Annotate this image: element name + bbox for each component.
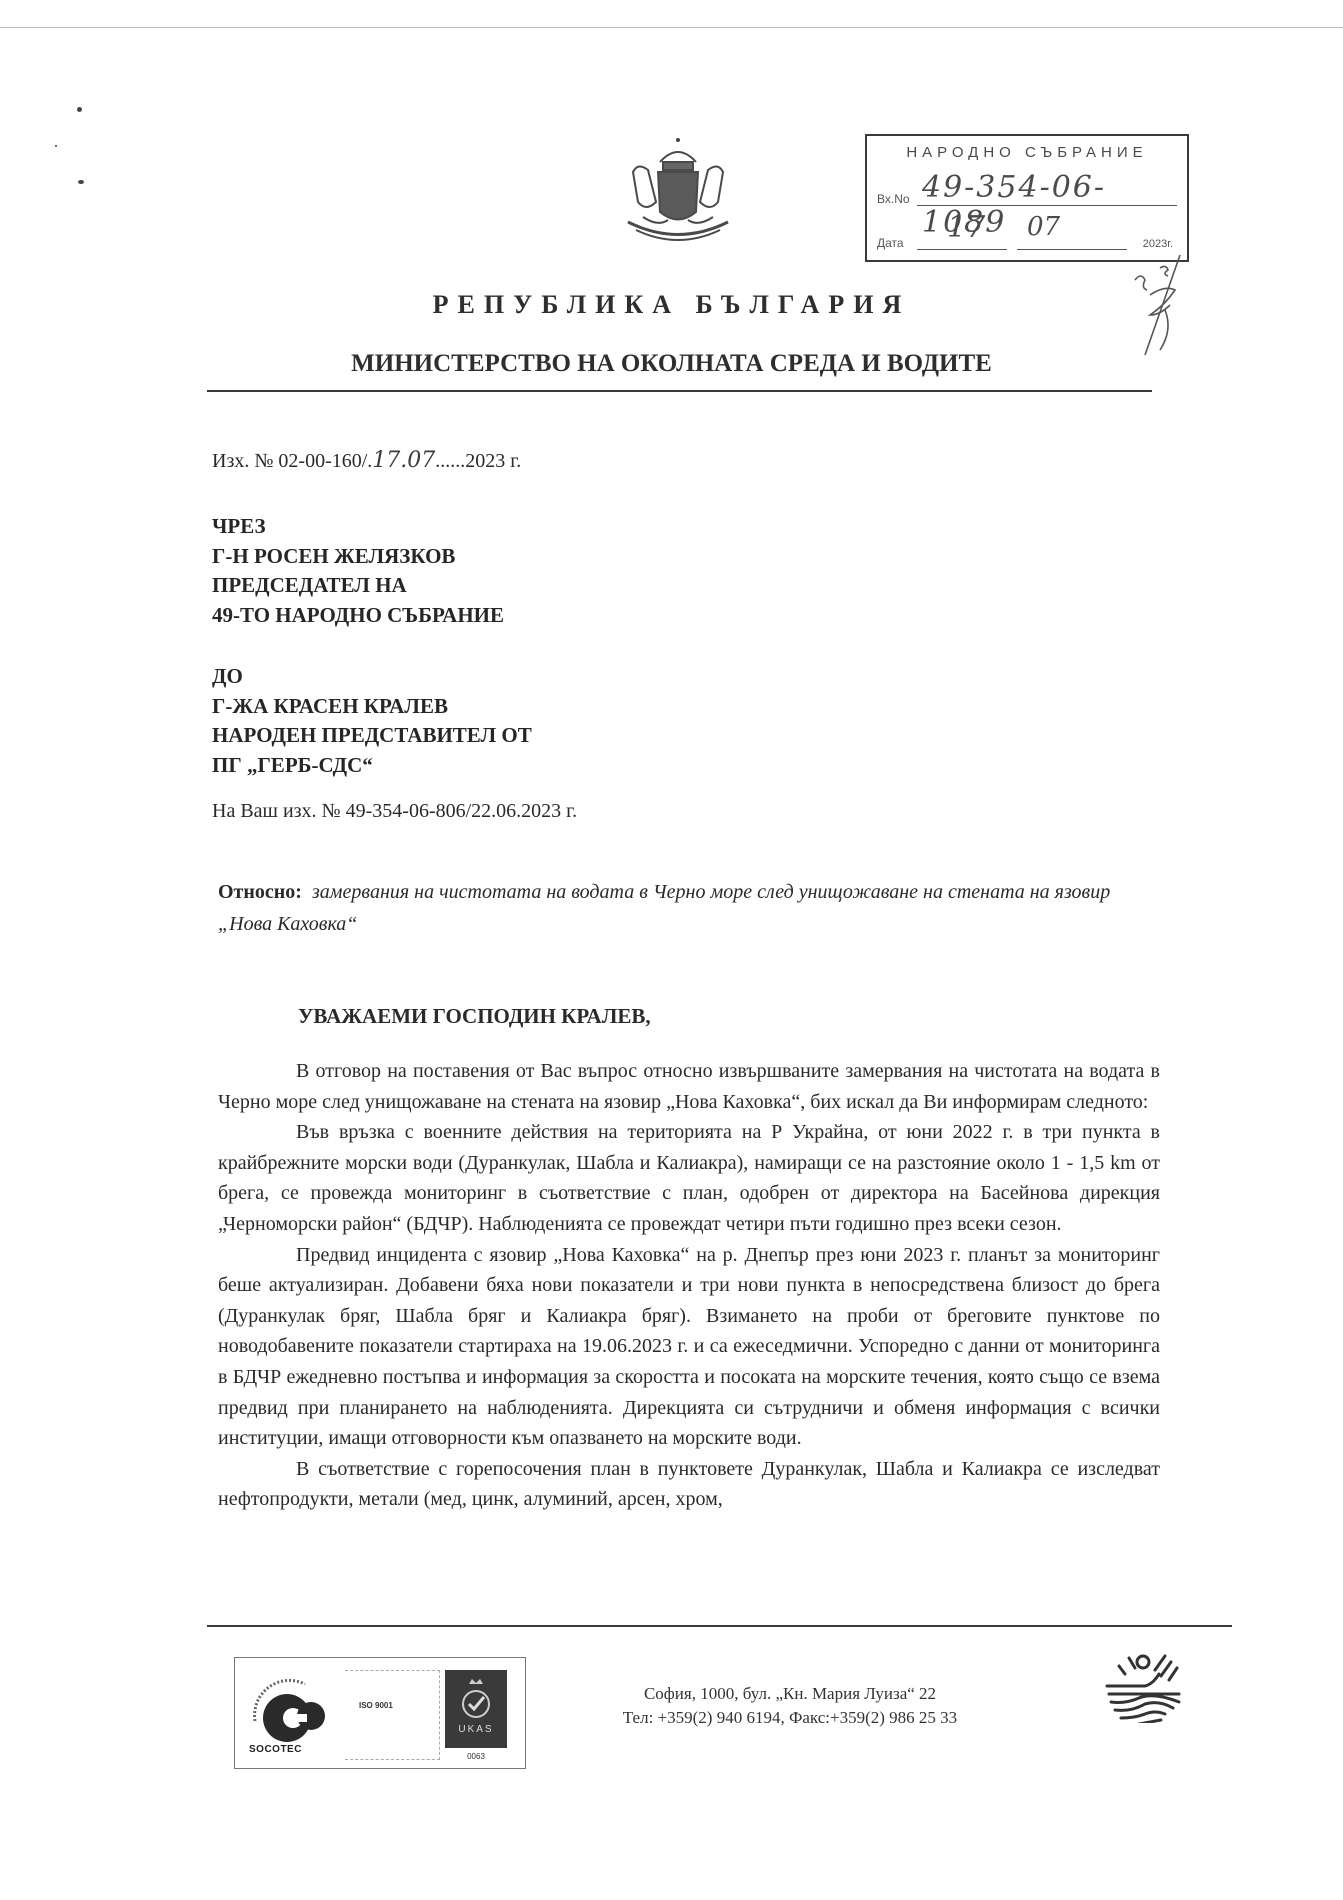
header-divider	[207, 390, 1152, 392]
certification-logos: SOCOTEC ISO 9001 UKAS 0063	[234, 1657, 526, 1769]
to-addressee-block: ДО Г-ЖА КРАСЕН КРАЛЕВ НАРОДЕН ПРЕДСТАВИТ…	[212, 662, 532, 780]
ministry-address: София, 1000, бул. „Кн. Мария Луиза“ 22 Т…	[540, 1682, 1040, 1730]
stamp-in-no-label: Вх.No	[877, 192, 910, 206]
ukas-label: UKAS	[445, 1724, 507, 1735]
subject-line: Относно: замервания на чистотата на вода…	[218, 876, 1158, 940]
your-reference: На Ваш изх. № 49-354-06-806/22.06.2023 г…	[212, 800, 577, 823]
outgoing-ref-suffix: ......2023 г.	[435, 450, 521, 472]
subject-text: замервания на чистотата на водата в Черн…	[218, 881, 1110, 935]
registration-stamp: НАРОДНО СЪБРАНИЕ Вх.No 49-354-06-1089 Да…	[865, 134, 1189, 262]
stamp-date-day: 17	[947, 210, 985, 245]
stamp-title: НАРОДНО СЪБРАНИЕ	[867, 144, 1187, 161]
ministry-heading: МИНИСТЕРСТВО НА ОКОЛНАТА СРЕДА И ВОДИТЕ	[0, 350, 1343, 378]
scan-speck	[78, 180, 84, 184]
stamp-date-label: Дата	[877, 236, 904, 250]
to-line: ДО	[212, 662, 532, 692]
stamp-date-month: 07	[1027, 212, 1060, 242]
via-line: ЧРЕЗ	[212, 512, 504, 542]
scan-edge-line	[0, 27, 1343, 28]
to-line: Г-ЖА КРАСЕН КРАЛЕВ	[212, 692, 532, 722]
subject-label: Относно:	[218, 881, 302, 903]
outgoing-ref-handwritten-date: 17.07	[372, 448, 435, 473]
outgoing-ref-prefix: Изх. № 02-00-160/.	[212, 450, 372, 472]
via-line: 49-ТО НАРОДНО СЪБРАНИЕ	[212, 601, 504, 631]
body-paragraph: В отговор на поставения от Вас въпрос от…	[218, 1056, 1160, 1117]
ukas-badge: UKAS	[445, 1670, 507, 1748]
via-line: Г-Н РОСЕН ЖЕЛЯЗКОВ	[212, 542, 504, 572]
contact-line: Тел: +359(2) 940 6194, Факс:+359(2) 986 …	[540, 1706, 1040, 1730]
scan-speck	[55, 145, 57, 147]
waves-sun-logo-icon	[1105, 1648, 1185, 1723]
via-addressee-block: ЧРЕЗ Г-Н РОСЕН ЖЕЛЯЗКОВ ПРЕДСЕДАТЕЛ НА 4…	[212, 512, 504, 630]
to-line: НАРОДЕН ПРЕДСТАВИТЕЛ ОТ	[212, 721, 532, 751]
coat-of-arms-icon	[608, 132, 748, 252]
scan-speck	[77, 107, 82, 112]
outgoing-reference: Изх. № 02-00-160/.17.07......2023 г.	[212, 448, 521, 473]
country-heading: РЕПУБЛИКА БЪЛГАРИЯ	[0, 290, 1343, 320]
letter-body: В отговор на поставения от Вас въпрос от…	[218, 1056, 1160, 1515]
stamp-line	[917, 249, 1007, 250]
body-paragraph: Предвид инцидента с язовир „Нова Каховка…	[218, 1240, 1160, 1454]
ukas-crown-check-icon	[459, 1676, 493, 1722]
iso-badge: ISO 9001	[345, 1670, 440, 1760]
ukas-number: 0063	[445, 1752, 507, 1761]
salutation: УВАЖАЕМИ ГОСПОДИН КРАЛЕВ,	[298, 1004, 651, 1029]
stamp-date-year: 2023г.	[1143, 238, 1173, 250]
to-line: ПГ „ГЕРБ-СДС“	[212, 751, 532, 781]
footer-divider	[207, 1625, 1232, 1627]
iso-label: ISO 9001	[359, 1701, 393, 1710]
socotec-label: SOCOTEC	[249, 1744, 302, 1755]
address-line: София, 1000, бул. „Кн. Мария Луиза“ 22	[540, 1682, 1040, 1706]
via-line: ПРЕДСЕДАТЕЛ НА	[212, 571, 504, 601]
body-paragraph: В съответствие с горепосочения план в пу…	[218, 1454, 1160, 1515]
body-paragraph: Във връзка с военните действия на терито…	[218, 1117, 1160, 1239]
stamp-incoming-number-row: Вх.No 49-354-06-1089	[877, 176, 1177, 210]
